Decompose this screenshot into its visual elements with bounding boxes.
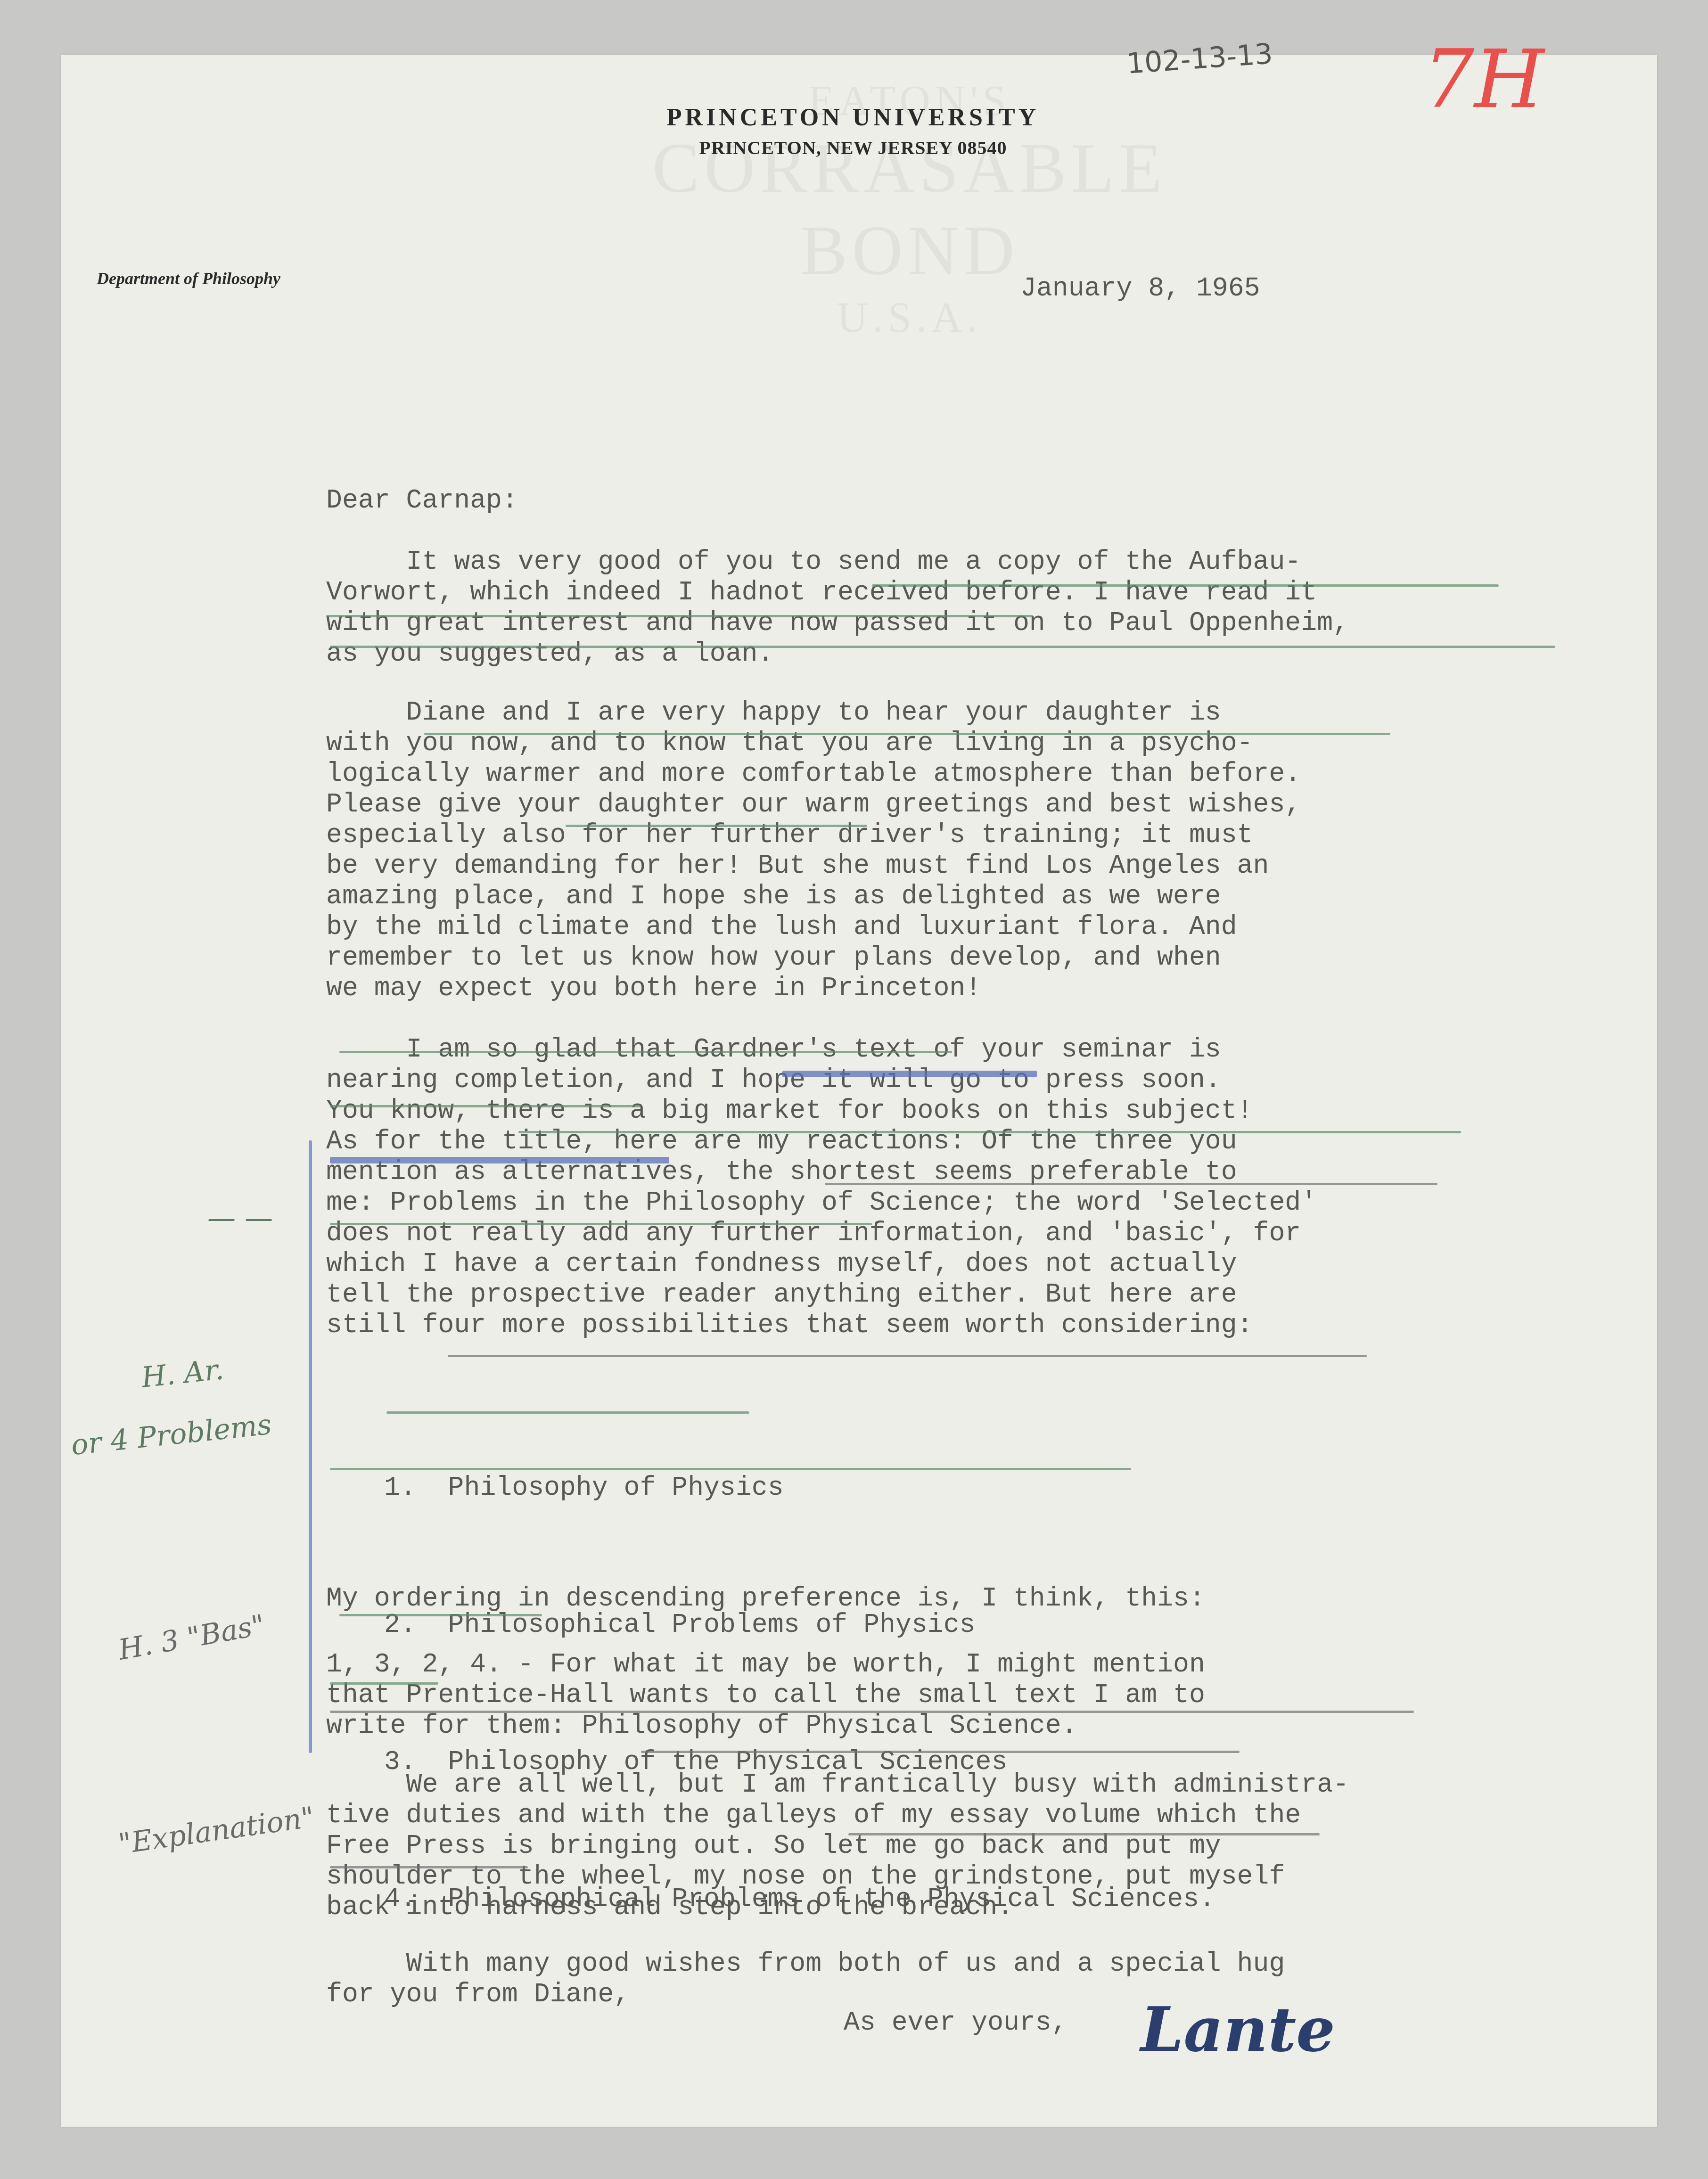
underline [330, 1866, 528, 1868]
salutation: Dear Carnap: [326, 485, 518, 516]
underline [872, 584, 1499, 587]
underline [518, 1131, 1461, 1133]
letterhead-address: PRINCETON, NEW JERSEY 08540 [570, 137, 1136, 159]
underline [386, 1411, 749, 1414]
paragraph-aufbau: It was very good of you to send me a cop… [326, 547, 1349, 669]
letterhead-institution: PRINCETON UNIVERSITY [570, 104, 1136, 131]
closing: As ever yours, [844, 2007, 1067, 2038]
margin-dash: — — [207, 1202, 273, 1235]
red-archive-mark: 7H [1423, 33, 1544, 126]
margin-bracket-line [309, 1140, 312, 1753]
paragraph-title-reactions: I am so glad that Gardner's text of your… [326, 1034, 1317, 1341]
underline [825, 1183, 1437, 1185]
title-option: 1. Philosophy of Physics [384, 1465, 1215, 1511]
underline [339, 1051, 952, 1053]
underline [330, 1711, 1414, 1713]
underline [330, 1468, 1131, 1470]
paragraph-busy: We are all well, but I am frantically bu… [326, 1769, 1349, 1923]
underline [326, 615, 1033, 617]
underline [641, 1751, 1240, 1753]
underline [339, 1614, 542, 1616]
underline [330, 1682, 438, 1685]
signature: Lante [1141, 1993, 1335, 2065]
ordering-line: My ordering in descending preference is,… [326, 1583, 1205, 1614]
underline [448, 1355, 1367, 1357]
underline [330, 1223, 872, 1225]
blue-underline [330, 1157, 669, 1163]
paragraph-ordering: 1, 3, 2, 4. - For what it may be worth, … [326, 1649, 1205, 1741]
letter-date: January 8, 1965 [1020, 273, 1260, 304]
underline [566, 825, 867, 827]
underline [330, 1105, 641, 1107]
underline [330, 646, 1555, 648]
underline [848, 1833, 1320, 1835]
underline [424, 733, 1390, 735]
blue-underline [782, 1071, 1037, 1077]
letterhead-department: Department of Philosophy [97, 269, 280, 288]
paragraph-daughter: Diane and I are very happy to hear your … [326, 697, 1301, 1004]
